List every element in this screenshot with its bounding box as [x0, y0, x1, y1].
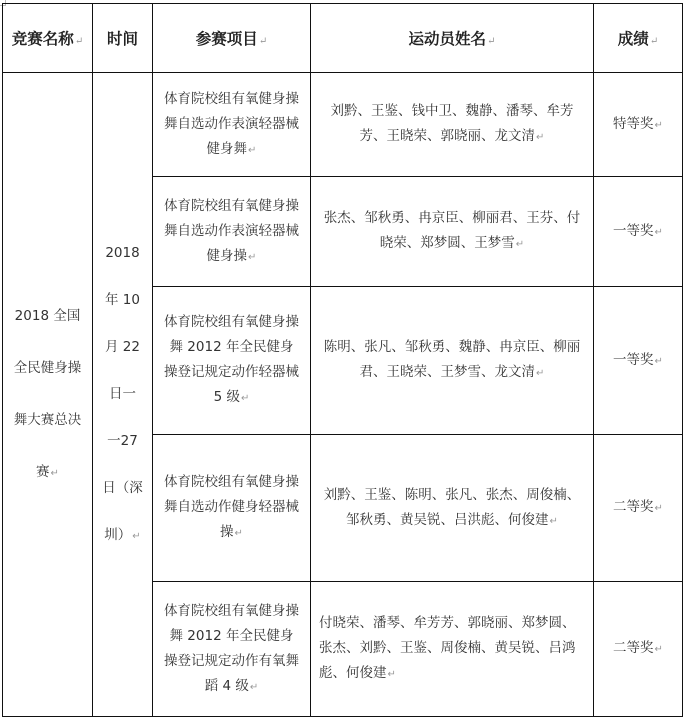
result-cell: 特等奖↵ — [594, 73, 683, 177]
athletes-cell: 付晓荣、潘琴、牟芳芳、郭晓丽、郑梦圆、张杰、刘黔、王鉴、周俊楠、黄吴锐、吕鸿彪、… — [311, 582, 594, 717]
date-cell: 2018 年 10 月 22 日一 一27 日（深 圳）↵ — [93, 73, 153, 717]
header-result: 成绩↵ — [594, 4, 683, 73]
result-cell: 一等奖↵ — [594, 287, 683, 435]
athletes-cell: 张杰、邹秋勇、冉京臣、柳丽君、王芬、付晓荣、郑梦圆、王梦雪↵ — [311, 177, 594, 287]
competition-results-table: 竞赛名称↵ 时间 参赛项目↵ 运动员姓名↵ 成绩↵ 2018 全国 全民健身操 … — [2, 3, 683, 717]
table-header-row: 竞赛名称↵ 时间 参赛项目↵ 运动员姓名↵ 成绩↵ — [3, 4, 683, 73]
result-cell: 二等奖↵ — [594, 435, 683, 582]
paragraph-mark-icon: ↵ — [550, 516, 558, 527]
paragraph-mark-icon: ↵ — [250, 682, 258, 693]
result-cell: 一等奖↵ — [594, 177, 683, 287]
paragraph-mark-icon: ↵ — [75, 36, 83, 47]
table-row: 2018 全国 全民健身操 舞大赛总决 赛↵ 2018 年 10 月 22 日一… — [3, 73, 683, 177]
paragraph-mark-icon: ↵ — [655, 503, 663, 514]
project-cell: 体育院校组有氧健身操舞自选动作表演轻器械健身舞↵ — [153, 73, 311, 177]
paragraph-mark-icon: ↵ — [132, 531, 140, 542]
header-project: 参赛项目↵ — [153, 4, 311, 73]
paragraph-mark-icon: ↵ — [536, 368, 544, 379]
paragraph-mark-icon: ↵ — [655, 120, 663, 131]
project-cell: 体育院校组有氧健身操舞 2012 年全民健身操登记规定动作轻器械 5 级↵ — [153, 287, 311, 435]
header-competition-name: 竞赛名称↵ — [3, 4, 93, 73]
competition-name-cell: 2018 全国 全民健身操 舞大赛总决 赛↵ — [3, 73, 93, 717]
result-cell: 二等奖↵ — [594, 582, 683, 717]
paragraph-mark-icon: ↵ — [248, 145, 256, 156]
paragraph-mark-icon: ↵ — [248, 252, 256, 263]
paragraph-mark-icon: ↵ — [487, 36, 495, 47]
header-athlete-names: 运动员姓名↵ — [311, 4, 594, 73]
paragraph-mark-icon: ↵ — [388, 669, 396, 680]
athletes-cell: 刘黔、王鉴、钱中卫、魏静、潘琴、牟芳芳、王晓荣、郭晓丽、龙文清↵ — [311, 73, 594, 177]
paragraph-mark-icon: ↵ — [259, 36, 267, 47]
paragraph-mark-icon: ↵ — [536, 132, 544, 143]
header-time: 时间 — [93, 4, 153, 73]
athletes-cell: 刘黔、王鉴、陈明、张凡、张杰、周俊楠、邹秋勇、黄吴锐、吕洪彪、何俊建↵ — [311, 435, 594, 582]
paragraph-mark-icon: ↵ — [235, 528, 243, 539]
paragraph-mark-icon: ↵ — [655, 644, 663, 655]
paragraph-mark-icon: ↵ — [241, 393, 249, 404]
paragraph-mark-icon: ↵ — [655, 227, 663, 238]
project-cell: 体育院校组有氧健身操舞 2012 年全民健身操登记规定动作有氧舞蹈 4 级↵ — [153, 582, 311, 717]
paragraph-mark-icon: ↵ — [516, 239, 524, 250]
athletes-cell: 陈明、张凡、邹秋勇、魏静、冉京臣、柳丽君、王晓荣、王梦雪、龙文清↵ — [311, 287, 594, 435]
project-cell: 体育院校组有氧健身操舞自选动作表演轻器械健身操↵ — [153, 177, 311, 287]
paragraph-mark-icon: ↵ — [655, 356, 663, 367]
project-cell: 体育院校组有氧健身操舞自选动作健身轻器械操↵ — [153, 435, 311, 582]
paragraph-mark-icon: ↵ — [51, 468, 59, 479]
paragraph-mark-icon: ↵ — [650, 36, 658, 47]
